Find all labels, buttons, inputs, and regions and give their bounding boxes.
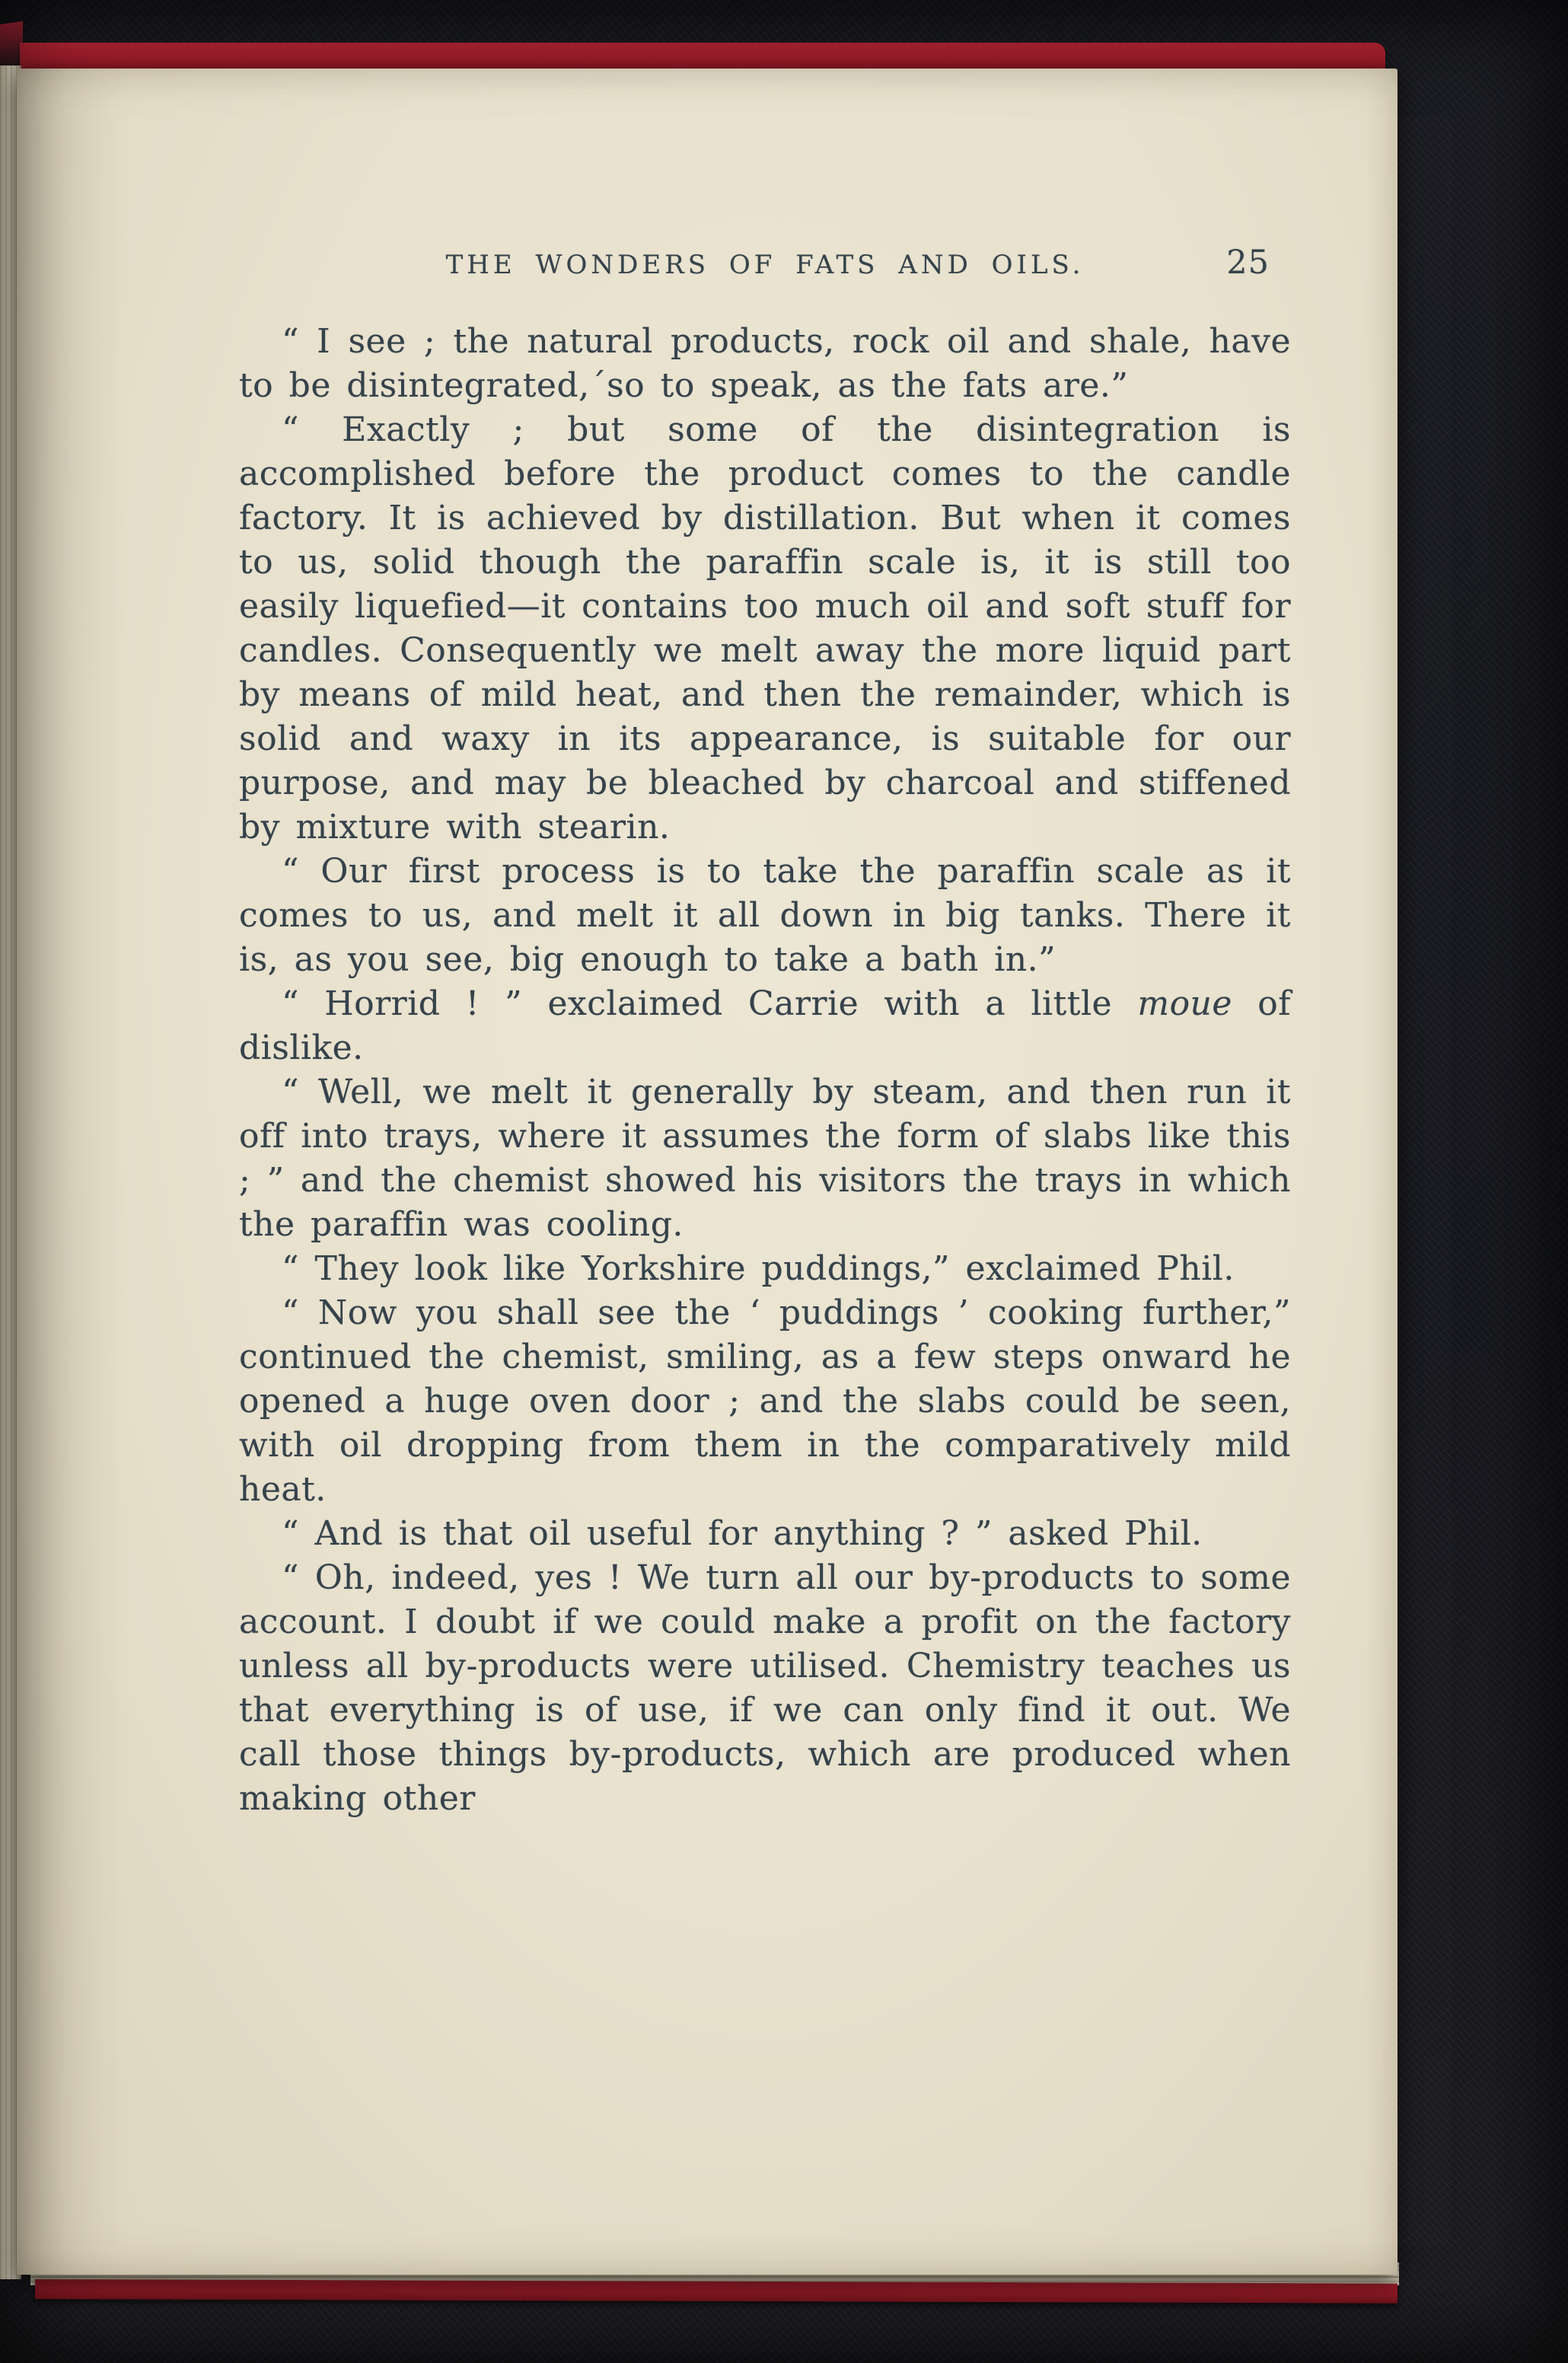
text-run: “ Well, we melt it generally by steam, a… — [239, 1073, 1291, 1244]
running-header: THE WONDERS OF FATS AND OILS. 25 — [239, 250, 1291, 280]
paragraph: “ Horrid ! ” exclaimed Carrie with a lit… — [239, 982, 1291, 1070]
page-text: “ I see ; the natural products, rock oil… — [239, 320, 1291, 1821]
text-run: “ And is that oil useful for anything ? … — [282, 1514, 1203, 1553]
text-run: “ Exactly ; but some of the disintegrati… — [239, 410, 1291, 847]
text-run: “ They look like Yorkshire puddings,” ex… — [282, 1249, 1235, 1288]
text-run: “ Oh, indeed, yes ! We turn all our by-p… — [239, 1558, 1291, 1818]
paragraph: “ Well, we melt it generally by steam, a… — [239, 1070, 1291, 1247]
paragraph: “ And is that oil useful for anything ? … — [239, 1512, 1291, 1556]
text-run: “ Now you shall see the ‘ puddings ’ coo… — [239, 1293, 1291, 1509]
chapter-title: THE WONDERS OF FATS AND OILS. — [446, 250, 1085, 280]
italic-text-run: moue — [1137, 984, 1232, 1023]
text-run: “ Horrid ! ” exclaimed Carrie with a lit… — [282, 984, 1137, 1023]
page-number: 25 — [1226, 244, 1270, 282]
book-page: THE WONDERS OF FATS AND OILS. 25 “ I see… — [17, 69, 1397, 2275]
text-run: “ Our first process is to take the paraf… — [239, 852, 1291, 979]
paragraph: “ Now you shall see the ‘ puddings ’ coo… — [239, 1291, 1291, 1512]
paragraph: “ Our first process is to take the paraf… — [239, 850, 1291, 982]
paragraph: “ They look like Yorkshire puddings,” ex… — [239, 1247, 1291, 1291]
photo-background: THE WONDERS OF FATS AND OILS. 25 “ I see… — [0, 0, 1568, 2363]
paragraph: “ Exactly ; but some of the disintegrati… — [239, 408, 1291, 850]
text-run: “ I see ; the natural products, rock oil… — [239, 322, 1291, 405]
paragraph: “ Oh, indeed, yes ! We turn all our by-p… — [239, 1556, 1291, 1821]
paragraph: “ I see ; the natural products, rock oil… — [239, 320, 1291, 408]
book-cover-edge-bottom — [35, 2279, 1397, 2304]
